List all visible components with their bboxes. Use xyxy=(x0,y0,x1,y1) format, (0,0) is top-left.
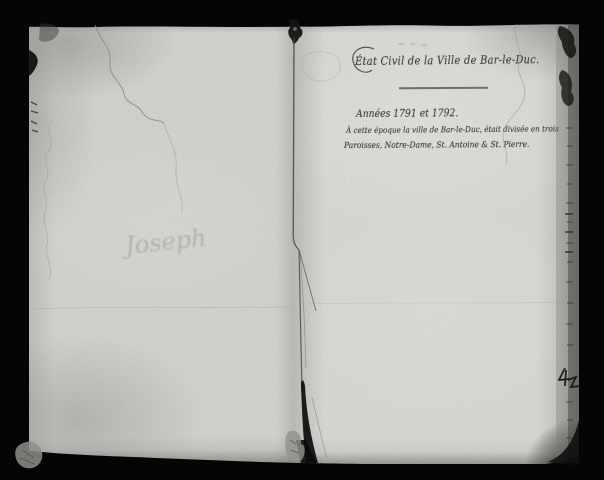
note-line-2-handwritten: Paroisses, Notre-Dame, St. Antoine & St.… xyxy=(344,139,529,150)
year-heading-handwritten: Années 1791 et 1792. xyxy=(356,107,458,120)
left-page: Joseph xyxy=(29,24,295,464)
page-title-handwritten: État Civil de la Ville de Bar-le-Duc. xyxy=(355,52,540,68)
note-line-1-handwritten: À cette époque la ville de Bar-le-Duc, é… xyxy=(346,124,559,135)
ghost-handwriting: Joseph xyxy=(124,224,208,260)
book-spread: Joseph État Civil de la Ville de Bar-le-… xyxy=(29,24,579,464)
title-underline xyxy=(399,87,488,90)
right-page: État Civil de la Ville de Bar-le-Duc. An… xyxy=(295,24,579,464)
microfilm-scan: Joseph État Civil de la Ville de Bar-le-… xyxy=(0,0,604,480)
